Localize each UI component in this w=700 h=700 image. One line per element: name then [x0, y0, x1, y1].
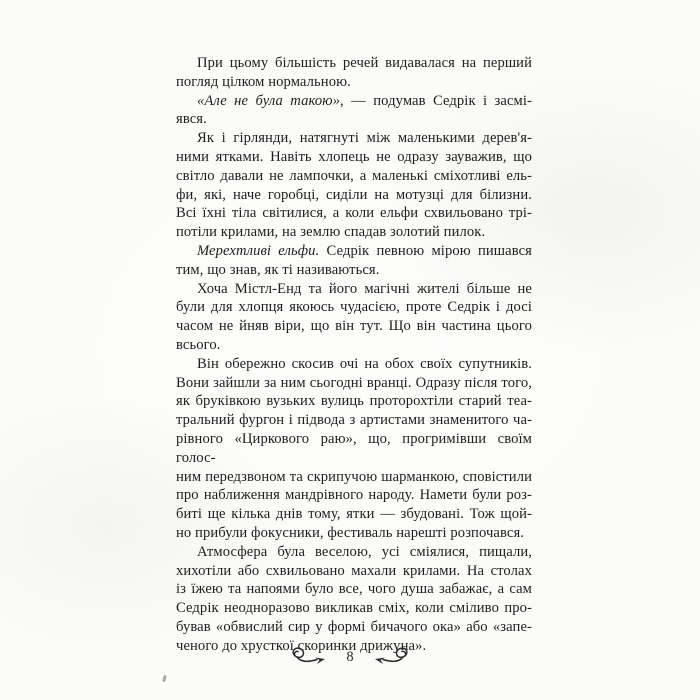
text-segment: Седрік неодноразово викликав сміх, коли … — [176, 600, 532, 616]
text-segment: но прибули фокусники, фестиваль нарешті … — [176, 525, 524, 541]
text-segment: Як і гірлянди, натягнуті між маленькими … — [197, 130, 532, 146]
text-line: потіли крилами, на землю спадав золотий … — [176, 223, 532, 242]
text-block: При цьому більшість речей видавалася на … — [176, 54, 532, 656]
text-line: Всі їхні тіла світилися, а коли ельфи сх… — [176, 204, 532, 223]
text-segment: світло давали не лампочки, а маленькі см… — [176, 168, 532, 184]
paragraph: Хоча Містл-Енд та його магічні жителі бі… — [176, 280, 532, 355]
text-segment: погляд цілком нормальною. — [176, 74, 351, 90]
text-segment: Мерехтливі ельфи. — [197, 243, 319, 259]
text-segment: При цьому більшість речей видавалася на … — [197, 55, 532, 71]
flourish-left-icon — [288, 647, 330, 667]
flourish-right-icon — [370, 647, 412, 667]
text-line: Він обережно скосив очі на обох своїх су… — [176, 355, 532, 374]
text-segment: Атмосфера була веселою, усі сміялися, пи… — [197, 544, 532, 560]
text-line: биті ще кілька днів тому, ятки — збудова… — [176, 505, 532, 524]
text-line: При цьому більшість речей видавалася на … — [176, 54, 532, 73]
text-line: світло давали не лампочки, а маленькі см… — [176, 167, 532, 186]
text-segment: Хоча Містл-Енд та його магічні жителі бі… — [197, 281, 532, 297]
paragraph: Мерехтливі ельфи. Седрік певною мірою пи… — [176, 242, 532, 280]
text-line: Хоча Містл-Енд та його магічні жителі бі… — [176, 280, 532, 299]
text-segment: Вони зайшли за ним сьогодні вранці. Одра… — [176, 375, 532, 391]
text-segment: бував «обвислий сир у формі бичачого ока… — [176, 619, 532, 635]
text-line: рівного «Циркового раю», що, прогримівши… — [176, 430, 532, 468]
text-segment: Седрік певною мірою пишався — [319, 243, 532, 259]
text-segment: Він обережно скосив очі на обох своїх су… — [197, 356, 532, 372]
text-line: но прибули фокусники, фестиваль нарешті … — [176, 524, 532, 543]
text-line: часом не йняв віри, що він тут. Що він ч… — [176, 317, 532, 336]
text-line: про наближення мандрівного народу. Намет… — [176, 486, 532, 505]
text-line: Атмосфера була веселою, усі сміялися, пи… — [176, 543, 532, 562]
text-line: були для хлопця якоюсь чудасією, проте С… — [176, 298, 532, 317]
text-line: Седрік неодноразово викликав сміх, коли … — [176, 599, 532, 618]
scan-artifact — [162, 675, 167, 683]
text-segment: про наближення мандрівного народу. Намет… — [176, 487, 532, 503]
text-segment: ними ятками. Навіть хлопець не одразу за… — [176, 149, 532, 165]
text-line: всього. — [176, 336, 532, 355]
text-line: тральний фургон і підвода з артистами зн… — [176, 411, 532, 430]
text-line: із їжею та напоями було все, чого душа з… — [176, 580, 532, 599]
paragraph: Як і гірлянди, натягнуті між маленькими … — [176, 129, 532, 242]
paragraph: «Але не була такою», — подумав Седрік і … — [176, 92, 532, 130]
text-segment: всього. — [176, 337, 221, 353]
text-line: ним передзвоном та скрипучою шарманкою, … — [176, 468, 532, 487]
text-segment: явся. — [176, 111, 207, 127]
text-line: явся. — [176, 110, 532, 129]
text-line: Як і гірлянди, натягнуті між маленькими … — [176, 129, 532, 148]
text-segment: були для хлопця якоюсь чудасією, проте С… — [176, 299, 532, 315]
paragraph: Він обережно скосив очі на обох своїх су… — [176, 355, 532, 543]
text-segment: тральний фургон і підвода з артистами зн… — [176, 412, 532, 428]
text-segment: хихотіли або схвильовано махали крилами.… — [176, 563, 532, 579]
text-segment: ним передзвоном та скрипучою шарманкою, … — [176, 469, 532, 485]
text-line: Вони зайшли за ним сьогодні вранці. Одра… — [176, 374, 532, 393]
text-segment: фи, які, наче горобці, сиділи на мотузці… — [176, 187, 532, 203]
text-segment: , — подумав Седрік і засмі- — [340, 93, 532, 109]
text-line: фи, які, наче горобці, сиділи на мотузці… — [176, 186, 532, 205]
text-segment: тим, що знав, як ті називаються. — [176, 262, 380, 278]
text-line: бував «обвислий сир у формі бичачого ока… — [176, 618, 532, 637]
paragraph: При цьому більшість речей видавалася на … — [176, 54, 532, 92]
page-footer: 8 — [0, 647, 700, 667]
text-segment: часом не йняв віри, що він тут. Що він ч… — [176, 318, 532, 334]
text-segment: із їжею та напоями було все, чого душа з… — [176, 581, 532, 597]
text-line: хихотіли або схвильовано махали крилами.… — [176, 562, 532, 581]
text-segment: як бруківкою вузьких вулиць проторохтіли… — [176, 393, 532, 409]
text-line: «Але не була такою», — подумав Седрік і … — [176, 92, 532, 111]
text-line: Мерехтливі ельфи. Седрік певною мірою пи… — [176, 242, 532, 261]
book-page: При цьому більшість речей видавалася на … — [0, 0, 700, 700]
text-line: погляд цілком нормальною. — [176, 73, 532, 92]
text-segment: «Але не була такою» — [197, 93, 340, 109]
text-line: як бруківкою вузьких вулиць проторохтіли… — [176, 392, 532, 411]
page-number: 8 — [346, 649, 353, 666]
text-line: ними ятками. Навіть хлопець не одразу за… — [176, 148, 532, 167]
text-line: тим, що знав, як ті називаються. — [176, 261, 532, 280]
text-segment: потіли крилами, на землю спадав золотий … — [176, 224, 485, 240]
paragraph: Атмосфера була веселою, усі сміялися, пи… — [176, 543, 532, 656]
text-segment: Всі їхні тіла світилися, а коли ельфи сх… — [176, 205, 532, 221]
text-segment: биті ще кілька днів тому, ятки — збудова… — [176, 506, 532, 522]
text-segment: рівного «Циркового раю», що, прогримівши… — [176, 431, 532, 466]
